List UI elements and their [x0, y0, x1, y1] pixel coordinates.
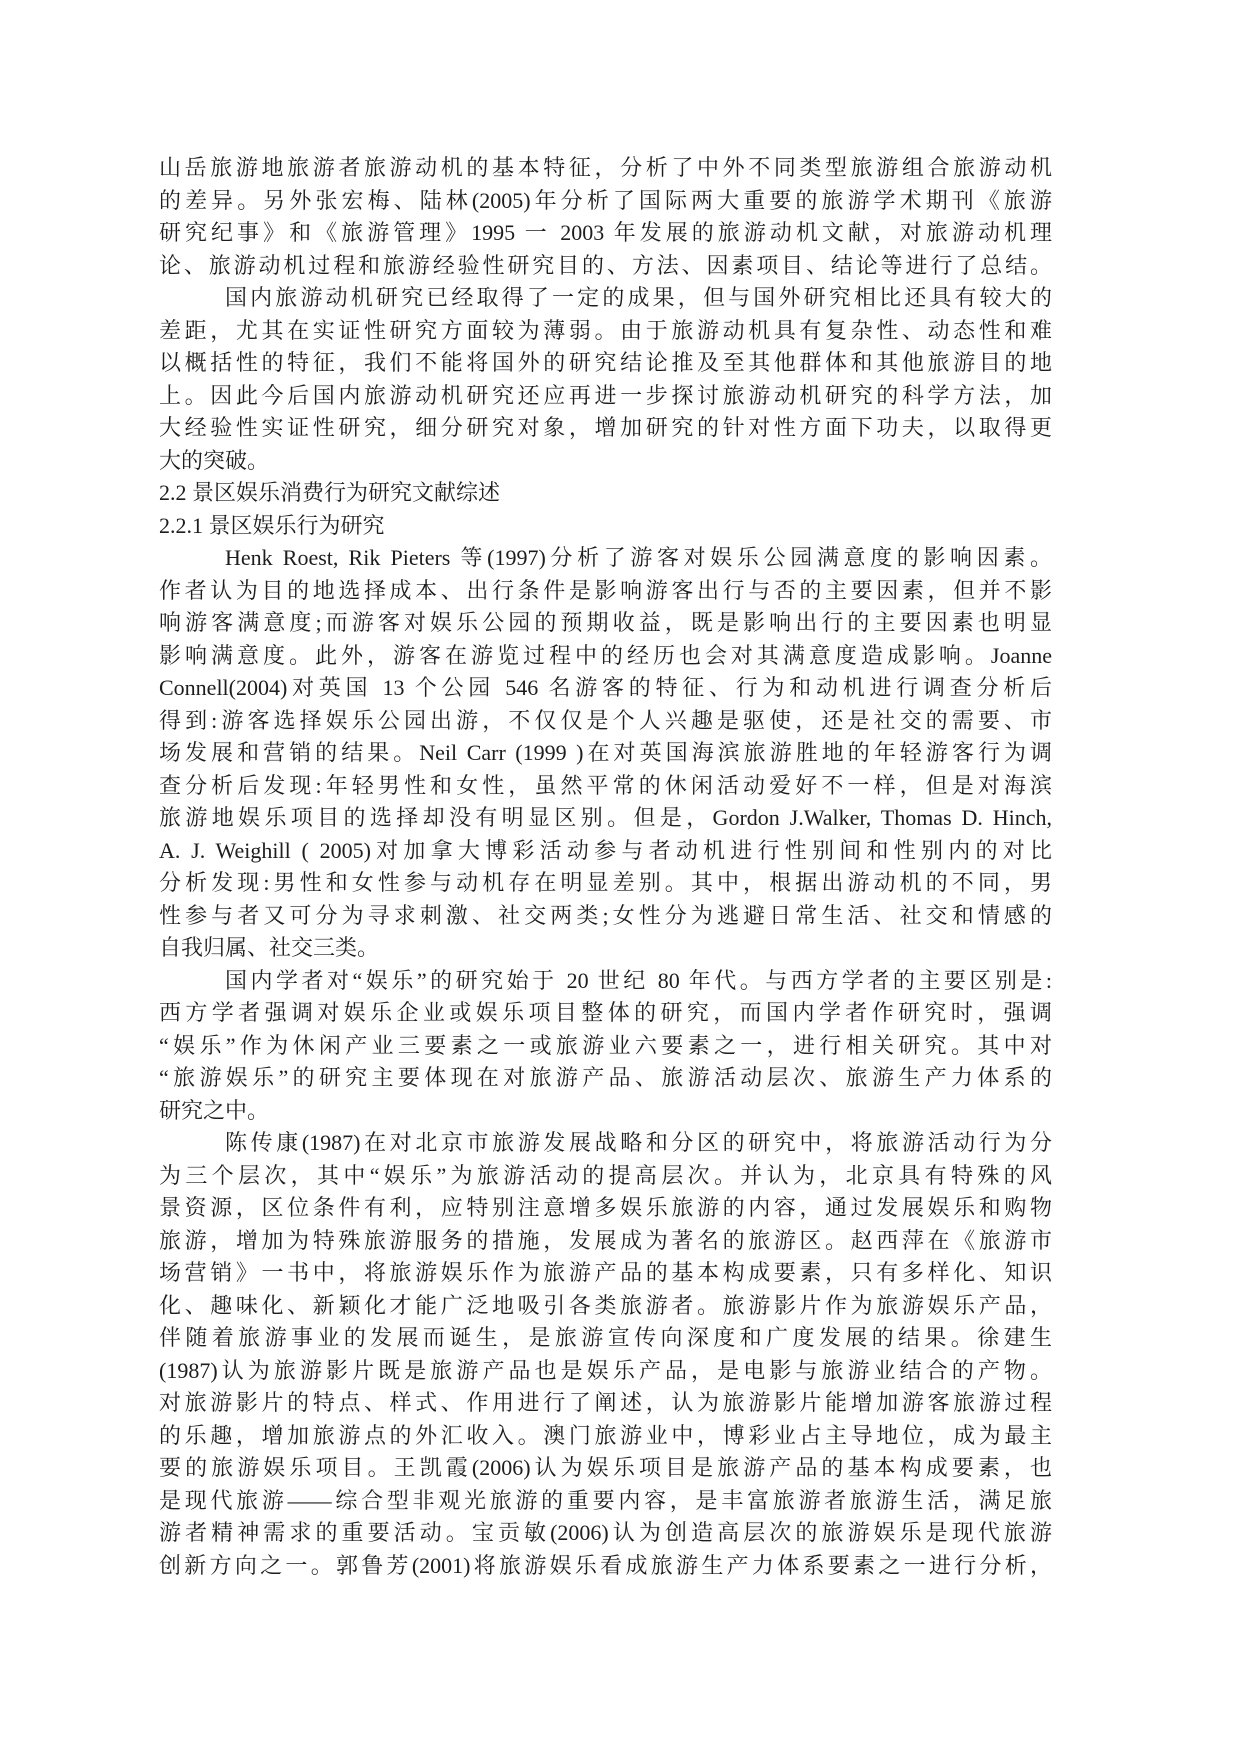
text-line: 要的旅游娱乐项目。王凯霞(2006)认为娱乐项目是旅游产品的基本构成要素，也	[159, 1452, 1052, 1485]
text-line: 陈传康(1987)在对北京市旅游发展战略和分区的研究中，将旅游活动行为分	[159, 1127, 1052, 1160]
text-line: 场发展和营销的结果。Neil Carr (1999 )在对英国海滨旅游胜地的年轻…	[159, 737, 1052, 770]
text-line: Henk Roest, Rik Pieters 等(1997)分析了游客对娱乐公…	[159, 542, 1052, 575]
text-line: 景资源，区位条件有利，应特别注意增多娱乐旅游的内容，通过发展娱乐和购物	[159, 1192, 1052, 1225]
text-line: 自我归属、社交三类。	[159, 932, 1052, 965]
text-line: 国内旅游动机研究已经取得了一定的成果，但与国外研究相比还具有较大的	[159, 282, 1052, 315]
section-heading-2-2-1: 2.2.1 景区娱乐行为研究	[159, 510, 1052, 543]
text-line: 影响满意度。此外，游客在游览过程中的经历也会对其满意度造成影响。Joanne	[159, 640, 1052, 673]
text-line: 旅游，增加为特殊旅游服务的措施，发展成为著名的旅游区。赵西萍在《旅游市	[159, 1225, 1052, 1258]
text-line: 查分析后发现:年轻男性和女性，虽然平常的休闲活动爱好不一样，但是对海滨	[159, 770, 1052, 803]
text-line: 西方学者强调对娱乐企业或娱乐项目整体的研究，而国内学者作研究时，强调	[159, 997, 1052, 1030]
text-line: 伴随着旅游事业的发展而诞生，是旅游宣传向深度和广度发展的结果。徐建生	[159, 1322, 1052, 1355]
text-line: 为三个层次，其中“娱乐”为旅游活动的提高层次。并认为，北京具有特殊的风	[159, 1160, 1052, 1193]
text-line: 游者精神需求的重要活动。宝贡敏(2006)认为创造高层次的旅游娱乐是现代旅游	[159, 1517, 1052, 1550]
text-line: A. J. Weighill ( 2005)对加拿大博彩活动参与者动机进行性别间…	[159, 835, 1052, 868]
text-line: 论、旅游动机过程和旅游经验性研究目的、方法、因素项目、结论等进行了总结。	[159, 250, 1052, 283]
page: 山岳旅游地旅游者旅游动机的基本特征，分析了中外不同类型旅游组合旅游动机的差异。另…	[0, 0, 1241, 1754]
text-line: 的乐趣，增加旅游点的外汇收入。澳门旅游业中，博彩业占主导地位，成为最主	[159, 1420, 1052, 1453]
text-line: “娱乐”作为休闲产业三要素之一或旅游业六要素之一，进行相关研究。其中对	[159, 1030, 1052, 1063]
text-line: 场营销》一书中，将旅游娱乐作为旅游产品的基本构成要素，只有多样化、知识	[159, 1257, 1052, 1290]
text-line: 研究纪事》和《旅游管理》1995 一 2003 年发展的旅游动机文献，对旅游动机…	[159, 217, 1052, 250]
text-line: 国内学者对“娱乐”的研究始于 20 世纪 80 年代。与西方学者的主要区别是:	[159, 965, 1052, 998]
text-line: 山岳旅游地旅游者旅游动机的基本特征，分析了中外不同类型旅游组合旅游动机	[159, 152, 1052, 185]
text-line: 是现代旅游——综合型非观光旅游的重要内容，是丰富旅游者旅游生活，满足旅	[159, 1485, 1052, 1518]
text-line: 对旅游影片的特点、样式、作用进行了阐述，认为旅游影片能增加游客旅游过程	[159, 1387, 1052, 1420]
text-line: 的差异。另外张宏梅、陆林(2005)年分析了国际两大重要的旅游学术期刊《旅游	[159, 185, 1052, 218]
text-line: 上。因此今后国内旅游动机研究还应再进一步探讨旅游动机研究的科学方法，加	[159, 380, 1052, 413]
section-heading-2-2: 2.2 景区娱乐消费行为研究文献综述	[159, 477, 1052, 510]
text-line: 大经验性实证性研究，细分研究对象，增加研究的针对性方面下功夫，以取得更	[159, 412, 1052, 445]
text-line: “旅游娱乐”的研究主要体现在对旅游产品、旅游活动层次、旅游生产力体系的	[159, 1062, 1052, 1095]
text-line: 化、趣味化、新颖化才能广泛地吸引各类旅游者。旅游影片作为旅游娱乐产品，	[159, 1290, 1052, 1323]
text-line: 创新方向之一。郭鲁芳(2001)将旅游娱乐看成旅游生产力体系要素之一进行分析，	[159, 1550, 1052, 1583]
text-line: 差距，尤其在实证性研究方面较为薄弱。由于旅游动机具有复杂性、动态性和难	[159, 315, 1052, 348]
text-line: 以概括性的特征，我们不能将国外的研究结论推及至其他群体和其他旅游目的地	[159, 347, 1052, 380]
text-line: 研究之中。	[159, 1095, 1052, 1128]
text-line: 旅游地娱乐项目的选择却没有明显区别。但是，Gordon J.Walker, Th…	[159, 802, 1052, 835]
text-line: 大的突破。	[159, 445, 1052, 478]
text-block: 山岳旅游地旅游者旅游动机的基本特征，分析了中外不同类型旅游组合旅游动机的差异。另…	[159, 152, 1052, 1582]
text-line: 性参与者又可分为寻求刺激、社交两类;女性分为逃避日常生活、社交和情感的	[159, 900, 1052, 933]
text-line: 响游客满意度;而游客对娱乐公园的预期收益，既是影响出行的主要因素也明显	[159, 607, 1052, 640]
text-line: 分析发现:男性和女性参与动机存在明显差别。其中，根据出游动机的不同，男	[159, 867, 1052, 900]
text-line: 作者认为目的地选择成本、出行条件是影响游客出行与否的主要因素，但并不影	[159, 575, 1052, 608]
text-line: Connell(2004)对英国 13 个公园 546 名游客的特征、行为和动机…	[159, 672, 1052, 705]
document-page: { "page": { "background": "#ffffff", "te…	[0, 0, 1241, 1754]
text-line: (1987)认为旅游影片既是旅游产品也是娱乐产品，是电影与旅游业结合的产物。	[159, 1355, 1052, 1388]
text-line: 得到:游客选择娱乐公园出游，不仅仅是个人兴趣是驱使，还是社交的需要、市	[159, 705, 1052, 738]
